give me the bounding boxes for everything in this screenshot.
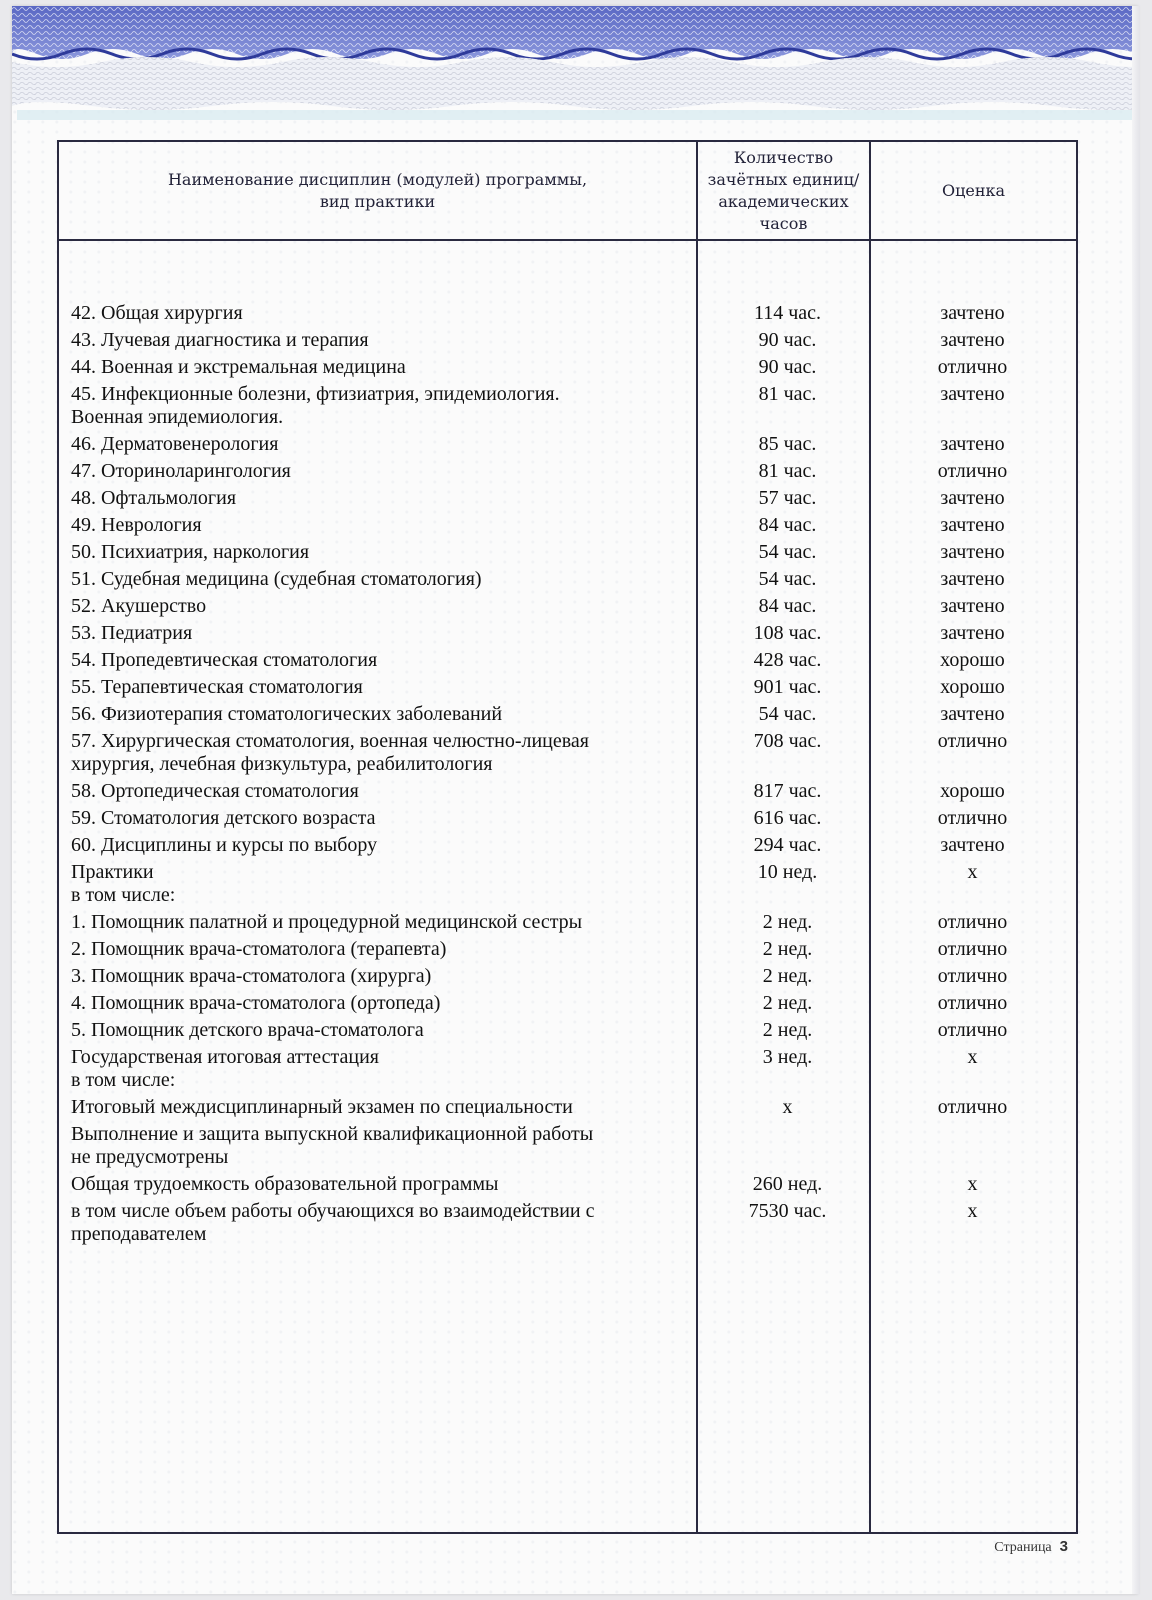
cell-hours: 81 час. bbox=[696, 460, 869, 483]
cell-hours: x bbox=[696, 1096, 869, 1119]
cell-hours bbox=[696, 1123, 869, 1169]
cell-grade: x bbox=[869, 1046, 1076, 1092]
column-header-grade-text: Оценка bbox=[942, 180, 1005, 202]
cell-grade: зачтено bbox=[869, 329, 1076, 352]
cell-hours: 3 нед. bbox=[696, 1046, 869, 1092]
cell-hours: 84 час. bbox=[696, 514, 869, 537]
page-label: Страница bbox=[994, 1540, 1051, 1555]
cell-name: 54. Пропедевтическая стоматология bbox=[59, 649, 696, 672]
cell-grade: хорошо bbox=[869, 649, 1076, 672]
cell-grade: отлично bbox=[869, 1019, 1076, 1042]
cell-name: 55. Терапевтическая стоматология bbox=[59, 676, 696, 699]
cell-grade: зачтено bbox=[869, 622, 1076, 645]
header-divider bbox=[59, 239, 1076, 241]
cell-grade: зачтено bbox=[869, 595, 1076, 618]
cell-name: 56. Физиотерапия стоматологических забол… bbox=[59, 703, 696, 726]
cell-hours: 708 час. bbox=[696, 730, 869, 776]
cell-name: 48. Офтальмология bbox=[59, 487, 696, 510]
table-row: 45. Инфекционные болезни, фтизиатрия, эп… bbox=[59, 383, 1076, 429]
cell-grade: отлично bbox=[869, 460, 1076, 483]
cell-hours: 108 час. bbox=[696, 622, 869, 645]
cell-name: Выполнение и защита выпускной квалификац… bbox=[59, 1123, 696, 1169]
cell-hours: 2 нед. bbox=[696, 938, 869, 961]
cell-name: 58. Ортопедическая стоматология bbox=[59, 780, 696, 803]
cell-hours: 2 нед. bbox=[696, 965, 869, 988]
table-row: 58. Ортопедическая стоматология817 час.х… bbox=[59, 780, 1076, 803]
cell-name: 52. Акушерство bbox=[59, 595, 696, 618]
page-edge bbox=[1132, 6, 1140, 1594]
table-row: Итоговый междисциплинарный экзамен по сп… bbox=[59, 1096, 1076, 1119]
cell-grade: зачтено bbox=[869, 834, 1076, 857]
cell-grade: зачтено bbox=[869, 383, 1076, 429]
cell-hours: 85 час. bbox=[696, 433, 869, 456]
column-header-name-text: Наименование дисциплин (модулей) програм… bbox=[168, 169, 587, 213]
table-row: 5. Помощник детского врача-стоматолога2 … bbox=[59, 1019, 1076, 1042]
cell-grade: отлично bbox=[869, 938, 1076, 961]
cell-grade: зачтено bbox=[869, 541, 1076, 564]
table-row: 55. Терапевтическая стоматология901 час.… bbox=[59, 676, 1076, 699]
cell-name: в том числе объем работы обучающихся во … bbox=[59, 1200, 696, 1246]
table-row: 46. Дерматовенерология85 час.зачтено bbox=[59, 433, 1076, 456]
table-row: 54. Пропедевтическая стоматология428 час… bbox=[59, 649, 1076, 672]
table-row: 52. Акушерство84 час.зачтено bbox=[59, 595, 1076, 618]
cell-hours: 260 нед. bbox=[696, 1173, 869, 1196]
column-header-name: Наименование дисциплин (модулей) програм… bbox=[59, 142, 696, 239]
cell-name: 59. Стоматология детского возраста bbox=[59, 807, 696, 830]
cell-grade: отлично bbox=[869, 965, 1076, 988]
cell-grade bbox=[869, 1123, 1076, 1169]
table-row: 57. Хирургическая стоматология, военная … bbox=[59, 730, 1076, 776]
guilloche-header-band bbox=[12, 6, 1138, 126]
table-row: 53. Педиатрия108 час.зачтено bbox=[59, 622, 1076, 645]
cell-name: 5. Помощник детского врача-стоматолога bbox=[59, 1019, 696, 1042]
cell-grade: зачтено bbox=[869, 433, 1076, 456]
table-body: 42. Общая хирургия114 час.зачтено43. Луч… bbox=[59, 302, 1076, 1246]
table-row: 59. Стоматология детского возраста616 ча… bbox=[59, 807, 1076, 830]
table-row: 50. Психиатрия, наркология54 час.зачтено bbox=[59, 541, 1076, 564]
column-header-hours-text: Количество зачётных единиц/ академически… bbox=[708, 147, 860, 235]
cell-grade: отлично bbox=[869, 356, 1076, 379]
cell-name: 4. Помощник врача-стоматолога (ортопеда) bbox=[59, 992, 696, 1015]
cell-hours: 54 час. bbox=[696, 703, 869, 726]
cell-hours: 81 час. bbox=[696, 383, 869, 429]
table-row: 60. Дисциплины и курсы по выбору294 час.… bbox=[59, 834, 1076, 857]
cell-name: 2. Помощник врача-стоматолога (терапевта… bbox=[59, 938, 696, 961]
cell-grade: x bbox=[869, 861, 1076, 907]
cell-hours: 294 час. bbox=[696, 834, 869, 857]
cell-name: 47. Оториноларингология bbox=[59, 460, 696, 483]
cell-name: 49. Неврология bbox=[59, 514, 696, 537]
table-row: Практики в том числе:10 нед.x bbox=[59, 861, 1076, 907]
table-row: 44. Военная и экстремальная медицина90 ч… bbox=[59, 356, 1076, 379]
cell-name: 53. Педиатрия bbox=[59, 622, 696, 645]
cell-grade: зачтено bbox=[869, 302, 1076, 325]
cell-grade: зачтено bbox=[869, 703, 1076, 726]
cell-name: 60. Дисциплины и курсы по выбору bbox=[59, 834, 696, 857]
cell-name: 44. Военная и экстремальная медицина bbox=[59, 356, 696, 379]
cell-grade: хорошо bbox=[869, 676, 1076, 699]
cell-name: Итоговый междисциплинарный экзамен по сп… bbox=[59, 1096, 696, 1119]
cell-hours: 90 час. bbox=[696, 329, 869, 352]
cell-grade: хорошо bbox=[869, 780, 1076, 803]
table-row: 48. Офтальмология57 час.зачтено bbox=[59, 487, 1076, 510]
cell-hours: 616 час. bbox=[696, 807, 869, 830]
table-row: 49. Неврология84 час.зачтено bbox=[59, 514, 1076, 537]
table-row: 1. Помощник палатной и процедурной медиц… bbox=[59, 911, 1076, 934]
table-row: 42. Общая хирургия114 час.зачтено bbox=[59, 302, 1076, 325]
document-page: Наименование дисциплин (модулей) програм… bbox=[12, 6, 1138, 1594]
cell-name: Практики в том числе: bbox=[59, 861, 696, 907]
cell-grade: отлично bbox=[869, 807, 1076, 830]
cell-name: Общая трудоемкость образовательной прогр… bbox=[59, 1173, 696, 1196]
cell-hours: 7530 час. bbox=[696, 1200, 869, 1246]
cell-hours: 428 час. bbox=[696, 649, 869, 672]
table-row: Выполнение и защита выпускной квалификац… bbox=[59, 1123, 1076, 1169]
cell-grade: отлично bbox=[869, 730, 1076, 776]
cell-name: 50. Психиатрия, наркология bbox=[59, 541, 696, 564]
table-row: Государственая итоговая аттестация в том… bbox=[59, 1046, 1076, 1092]
cell-grade: зачтено bbox=[869, 514, 1076, 537]
page-footer: Страница3 bbox=[994, 1538, 1068, 1556]
cell-hours: 2 нед. bbox=[696, 911, 869, 934]
table-row: 47. Оториноларингология81 час.отлично bbox=[59, 460, 1076, 483]
table-row: 43. Лучевая диагностика и терапия90 час.… bbox=[59, 329, 1076, 352]
table-row: 4. Помощник врача-стоматолога (ортопеда)… bbox=[59, 992, 1076, 1015]
cell-hours: 2 нед. bbox=[696, 992, 869, 1015]
cell-name: 42. Общая хирургия bbox=[59, 302, 696, 325]
table-row: 56. Физиотерапия стоматологических забол… bbox=[59, 703, 1076, 726]
table-row: в том числе объем работы обучающихся во … bbox=[59, 1200, 1076, 1246]
cell-grade: x bbox=[869, 1173, 1076, 1196]
cell-hours: 2 нед. bbox=[696, 1019, 869, 1042]
cell-hours: 54 час. bbox=[696, 568, 869, 591]
cell-grade: x bbox=[869, 1200, 1076, 1246]
cell-hours: 84 час. bbox=[696, 595, 869, 618]
cell-name: 3. Помощник врача-стоматолога (хирурга) bbox=[59, 965, 696, 988]
table-row: 51. Судебная медицина (судебная стоматол… bbox=[59, 568, 1076, 591]
cell-hours: 901 час. bbox=[696, 676, 869, 699]
cell-grade: зачтено bbox=[869, 487, 1076, 510]
table-row: Общая трудоемкость образовательной прогр… bbox=[59, 1173, 1076, 1196]
cell-name: 1. Помощник палатной и процедурной медиц… bbox=[59, 911, 696, 934]
cell-name: 46. Дерматовенерология bbox=[59, 433, 696, 456]
cell-grade: отлично bbox=[869, 911, 1076, 934]
cell-name: Государственая итоговая аттестация в том… bbox=[59, 1046, 696, 1092]
guilloche-pattern-icon bbox=[12, 6, 1138, 126]
cell-name: 45. Инфекционные болезни, фтизиатрия, эп… bbox=[59, 383, 696, 429]
cell-grade: зачтено bbox=[869, 568, 1076, 591]
column-header-grade: Оценка bbox=[871, 142, 1076, 239]
page-number: 3 bbox=[1060, 1538, 1068, 1555]
cell-name: 57. Хирургическая стоматология, военная … bbox=[59, 730, 696, 776]
cell-name: 51. Судебная медицина (судебная стоматол… bbox=[59, 568, 696, 591]
table-row: 2. Помощник врача-стоматолога (терапевта… bbox=[59, 938, 1076, 961]
cell-hours: 90 час. bbox=[696, 356, 869, 379]
cell-grade: отлично bbox=[869, 1096, 1076, 1119]
cell-hours: 817 час. bbox=[696, 780, 869, 803]
cell-hours: 54 час. bbox=[696, 541, 869, 564]
table-row: 3. Помощник врача-стоматолога (хирурга)2… bbox=[59, 965, 1076, 988]
cell-name: 43. Лучевая диагностика и терапия bbox=[59, 329, 696, 352]
cell-hours: 114 час. bbox=[696, 302, 869, 325]
column-header-hours: Количество зачётных единиц/ академически… bbox=[698, 142, 869, 239]
cell-hours: 10 нед. bbox=[696, 861, 869, 907]
cell-grade: отлично bbox=[869, 992, 1076, 1015]
disciplines-table: Наименование дисциплин (модулей) програм… bbox=[57, 140, 1078, 1534]
cell-hours: 57 час. bbox=[696, 487, 869, 510]
